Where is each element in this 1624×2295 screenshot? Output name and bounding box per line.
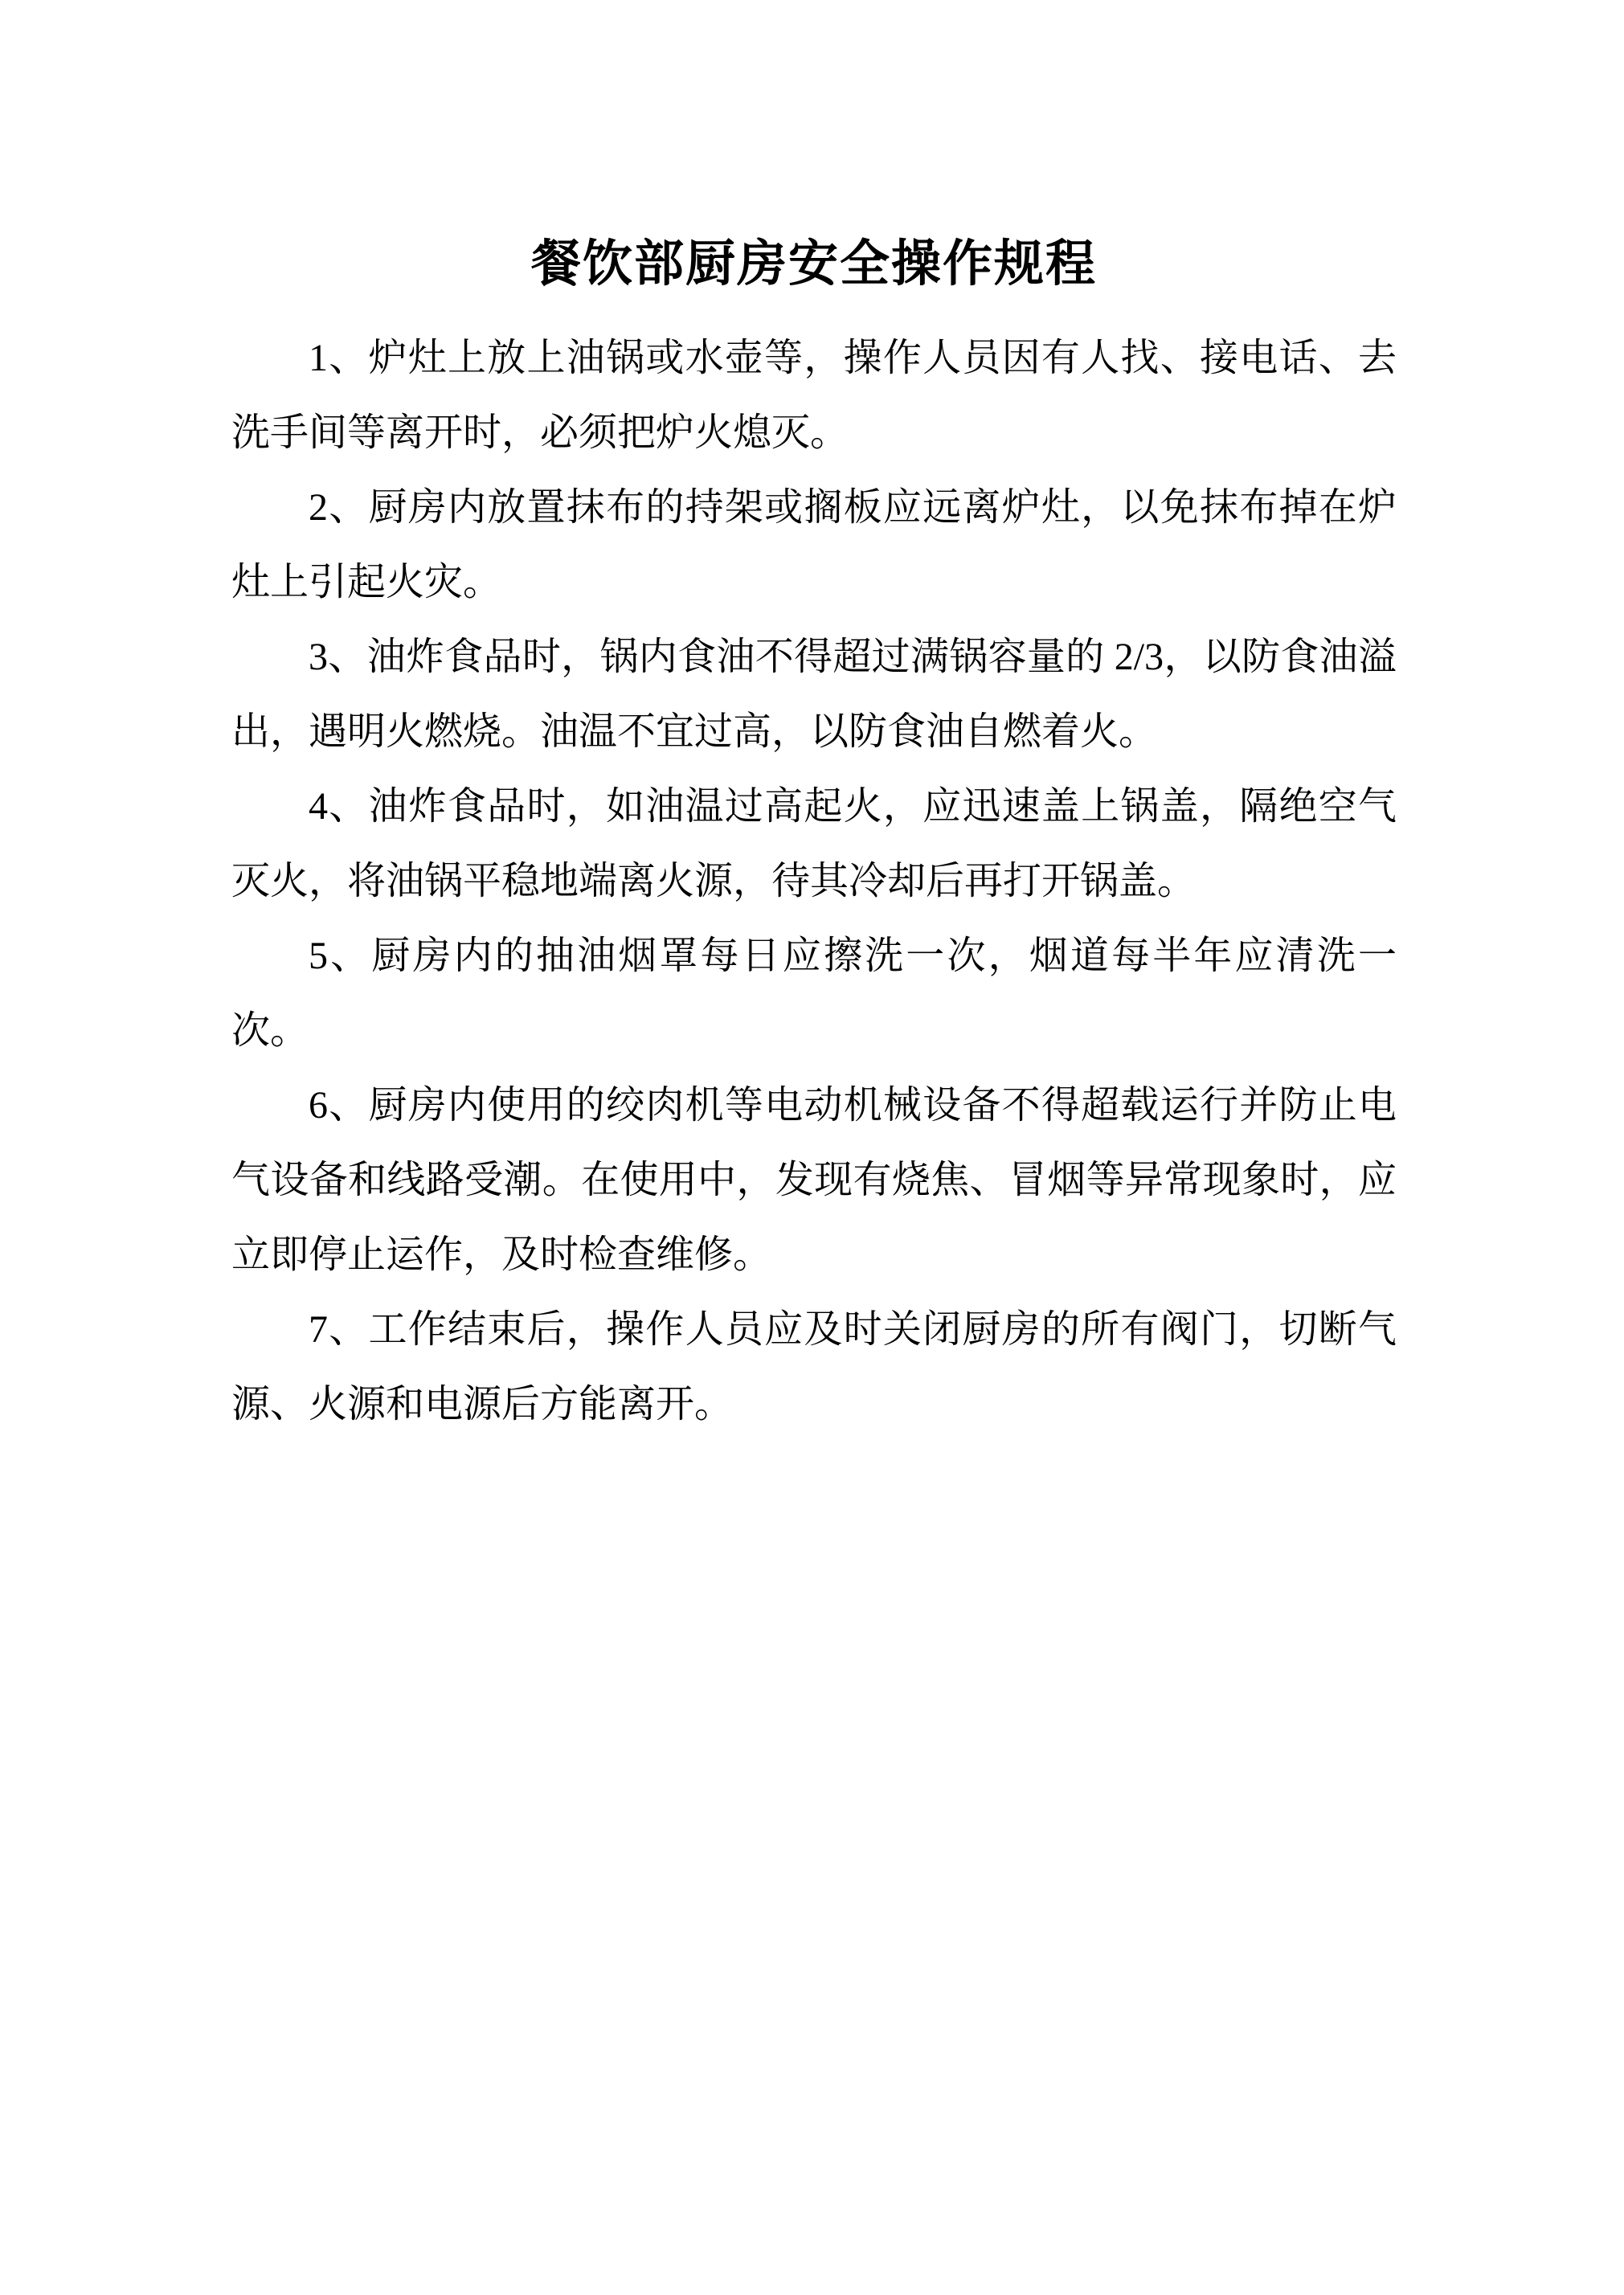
regulation-item-5: 5、厨房内的抽油烟罩每日应擦洗一次，烟道每半年应清洗一次。 bbox=[231, 918, 1397, 1068]
regulation-item-6: 6、厨房内使用的绞肉机等电动机械设备不得超载运行并防止电气设备和线路受潮。在使用… bbox=[231, 1068, 1397, 1292]
regulation-item-7: 7、工作结束后，操作人员应及时关闭厨房的所有阀门，切断气源、火源和电源后方能离开… bbox=[231, 1292, 1397, 1442]
document-page: 餐饮部厨房安全操作规程 1、炉灶上放上油锅或水壶等，操作人员因有人找、接电话、去… bbox=[0, 0, 1624, 2295]
regulation-item-1: 1、炉灶上放上油锅或水壶等，操作人员因有人找、接电话、去洗手间等离开时，必须把炉… bbox=[231, 321, 1397, 470]
regulation-item-2: 2、厨房内放置抹布的持架或搁板应远离炉灶，以免抹布掉在炉灶上引起火灾。 bbox=[231, 470, 1397, 620]
regulation-list: 1、炉灶上放上油锅或水壶等，操作人员因有人找、接电话、去洗手间等离开时，必须把炉… bbox=[231, 321, 1397, 1442]
document-content: 餐饮部厨房安全操作规程 1、炉灶上放上油锅或水壶等，操作人员因有人找、接电话、去… bbox=[231, 227, 1397, 1442]
regulation-item-3: 3、油炸食品时，锅内食油不得超过满锅容量的 2/3，以防食油溢出，遇明火燃烧。油… bbox=[231, 620, 1397, 769]
document-title: 餐饮部厨房安全操作规程 bbox=[231, 227, 1397, 301]
regulation-item-4: 4、油炸食品时，如油温过高起火，应迅速盖上锅盖，隔绝空气灭火，将油锅平稳地端离火… bbox=[231, 769, 1397, 918]
